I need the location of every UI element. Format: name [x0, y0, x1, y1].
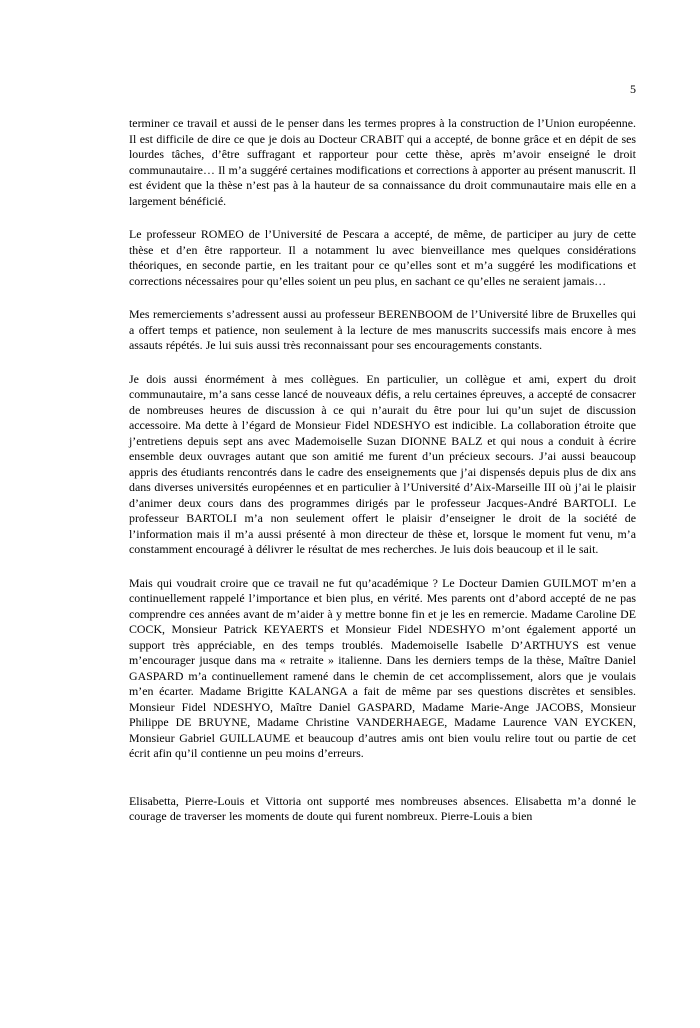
document-page: 5 terminer ce travail et aussi de le pen…: [0, 0, 700, 1028]
paragraph-acknowledgment-colleagues: Je dois aussi énormément à mes collègues…: [129, 372, 636, 558]
paragraph-acknowledgment-family-friends: Mais qui voudrait croire que ce travail …: [129, 576, 636, 762]
page-number: 5: [630, 82, 636, 96]
paragraph-acknowledgment-crabit: terminer ce travail et aussi de le pense…: [129, 116, 636, 209]
paragraph-acknowledgment-berenboom: Mes remerciements s’adressent aussi au p…: [129, 307, 636, 354]
page-body-text: terminer ce travail et aussi de le pense…: [129, 116, 636, 843]
paragraph-acknowledgment-romeo: Le professeur ROMEO de l’Université de P…: [129, 227, 636, 289]
paragraph-acknowledgment-elisabetta: Elisabetta, Pierre-Louis et Vittoria ont…: [129, 794, 636, 825]
